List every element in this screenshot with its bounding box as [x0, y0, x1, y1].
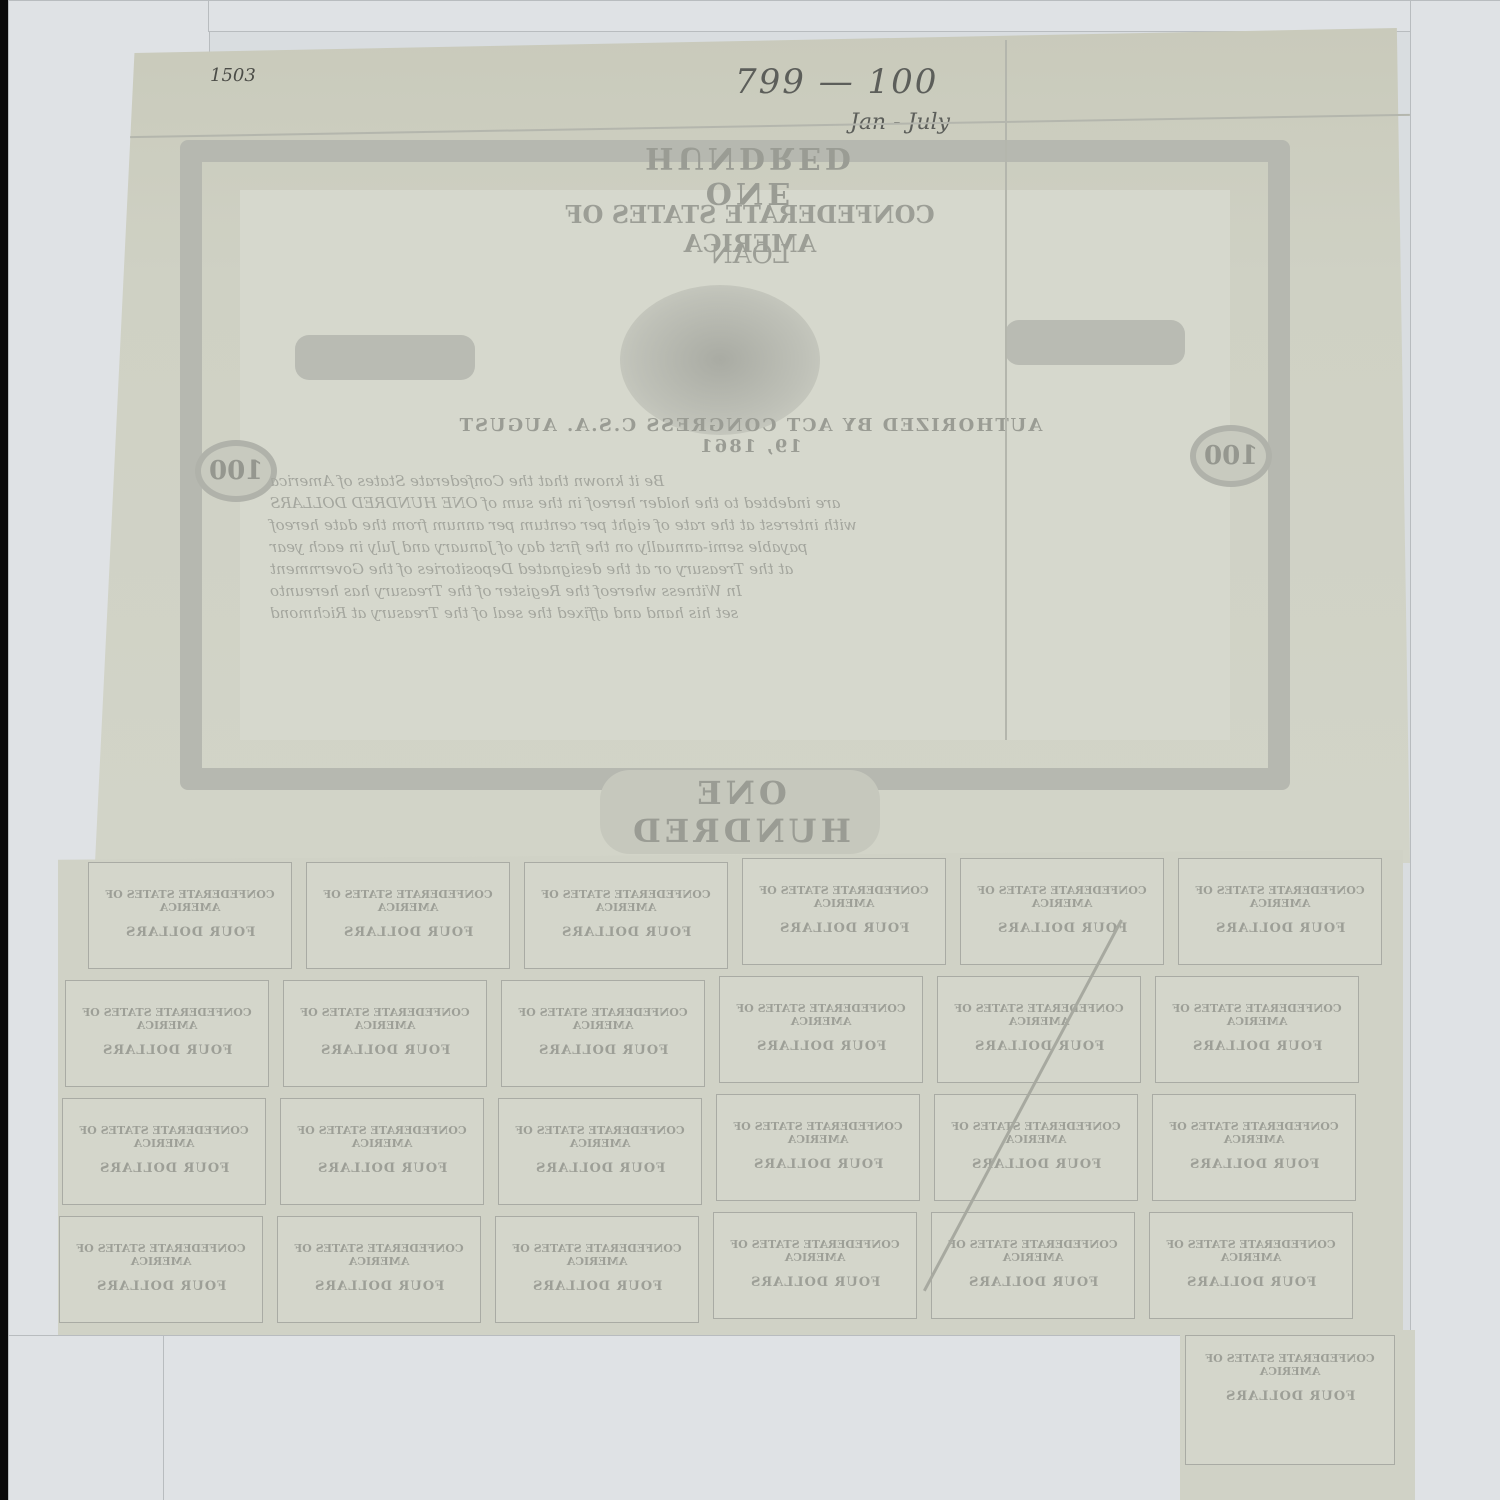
denomination-left-text: 100: [209, 456, 263, 486]
coupon-fine-print: [743, 946, 945, 954]
coupon-title: CONFEDERATE STATES OF AMERICA: [717, 1120, 919, 1146]
bond-subtitle: LOAN: [700, 240, 800, 270]
coupon-fine-print: [278, 1304, 480, 1312]
coupon-title: CONFEDERATE STATES OF AMERICA: [932, 1238, 1134, 1264]
coupon-amount: FOUR DOLLARS: [753, 1157, 883, 1172]
coupon-fine-print: [499, 1186, 701, 1194]
coupon-amount: FOUR DOLLARS: [1215, 921, 1345, 936]
coupon-header: [1156, 987, 1358, 996]
coupon-header: [60, 1227, 262, 1236]
coupon: CONFEDERATE STATES OF AMERICAFOUR DOLLAR…: [1155, 976, 1359, 1083]
coupon-fine-print: [89, 950, 291, 958]
coupon-title: CONFEDERATE STATES OF AMERICA: [714, 1238, 916, 1264]
authorization-text: AUTHORIZED BY ACT CONGRESS C.S.A. AUGUST…: [440, 415, 1060, 457]
coupon-amount: FOUR DOLLARS: [968, 1275, 1098, 1290]
coupon: CONFEDERATE STATES OF AMERICAFOUR DOLLAR…: [934, 1094, 1138, 1201]
coupon-title: CONFEDERATE STATES OF AMERICA: [284, 1006, 486, 1032]
coupon-header: [714, 1223, 916, 1232]
coupon-title: CONFEDERATE STATES OF AMERICA: [1186, 1352, 1394, 1378]
coupon: CONFEDERATE STATES OF AMERICAFOUR DOLLAR…: [65, 980, 269, 1087]
coupon-title: CONFEDERATE STATES OF AMERICA: [938, 1002, 1140, 1028]
coupon-amount: FOUR DOLLARS: [1189, 1157, 1319, 1172]
coupon: CONFEDERATE STATES OF AMERICAFOUR DOLLAR…: [713, 1212, 917, 1319]
coupon-amount: FOUR DOLLARS: [532, 1279, 662, 1294]
coupon-header: [938, 987, 1140, 996]
coupon-fine-print: [1179, 946, 1381, 954]
coupon-fine-print: [66, 1068, 268, 1076]
coupon-stub-item: CONFEDERATE STATES OF AMERICA FOUR DOLLA…: [1185, 1335, 1395, 1465]
coupon-title: CONFEDERATE STATES OF AMERICA: [935, 1120, 1137, 1146]
coupon-header: [63, 1109, 265, 1118]
coupon: CONFEDERATE STATES OF AMERICAFOUR DOLLAR…: [1178, 858, 1382, 965]
coupon: CONFEDERATE STATES OF AMERICAFOUR DOLLAR…: [524, 862, 728, 969]
body-line: Be it known that the Confederate States …: [270, 470, 664, 492]
coupon-amount: FOUR DOLLARS: [997, 921, 1127, 936]
coupon-amount: FOUR DOLLARS: [343, 925, 473, 940]
coupon-title: CONFEDERATE STATES OF AMERICA: [307, 888, 509, 914]
bottom-banner-text: ONE HUNDRED: [600, 774, 880, 850]
coupon-header: [89, 873, 291, 882]
coupon: CONFEDERATE STATES OF AMERICAFOUR DOLLAR…: [88, 862, 292, 969]
coupon-amount: FOUR DOLLARS: [125, 925, 255, 940]
coupon: CONFEDERATE STATES OF AMERICAFOUR DOLLAR…: [62, 1098, 266, 1205]
body-line: In Witness whereof the Register of the T…: [270, 580, 742, 602]
coupon: CONFEDERATE STATES OF AMERICAFOUR DOLLAR…: [306, 862, 510, 969]
coupon-title: CONFEDERATE STATES OF AMERICA: [60, 1242, 262, 1268]
coupon-amount: FOUR DOLLARS: [561, 925, 691, 940]
coupon: CONFEDERATE STATES OF AMERICAFOUR DOLLAR…: [719, 976, 923, 1083]
coupon-header: [502, 991, 704, 1000]
coupon: CONFEDERATE STATES OF AMERICAFOUR DOLLAR…: [716, 1094, 920, 1201]
coupon-fine-print: [63, 1186, 265, 1194]
coupon-title: CONFEDERATE STATES OF AMERICA: [278, 1242, 480, 1268]
coupon-header: [278, 1227, 480, 1236]
coupon-title: CONFEDERATE STATES OF AMERICA: [502, 1006, 704, 1032]
coupon-header: [935, 1105, 1137, 1114]
floor-tile: [1410, 0, 1500, 1500]
bond-center-panel: [240, 190, 1230, 740]
coupon-title: CONFEDERATE STATES OF AMERICA: [720, 1002, 922, 1028]
coupon-title: CONFEDERATE STATES OF AMERICA: [281, 1124, 483, 1150]
coupon-amount: FOUR DOLLARS: [1186, 1275, 1316, 1290]
handwritten-corner-mark: 1503: [210, 65, 256, 86]
coupon-header: [66, 991, 268, 1000]
denomination-medallion-right: 100: [1190, 425, 1272, 487]
coupon-fine-print: [281, 1186, 483, 1194]
coupon-header: [1179, 869, 1381, 878]
coupon-title: CONFEDERATE STATES OF AMERICA: [1153, 1120, 1355, 1146]
coupon: CONFEDERATE STATES OF AMERICAFOUR DOLLAR…: [283, 980, 487, 1087]
coupon-header: [961, 869, 1163, 878]
portrait-vignette-icon: [620, 285, 820, 435]
paper-fold: [1005, 40, 1007, 740]
coupon-fine-print: [502, 1068, 704, 1076]
coupon-fine-print: [284, 1068, 486, 1076]
coupon-amount: FOUR DOLLARS: [538, 1043, 668, 1058]
bond-body-text: Be it known that the Confederate States …: [270, 470, 1050, 624]
coupon-fine-print: [1150, 1300, 1352, 1308]
coupon: CONFEDERATE STATES OF AMERICAFOUR DOLLAR…: [960, 858, 1164, 965]
coupon-fine-print: [496, 1304, 698, 1312]
body-line: set his hand and affixed the seal of the…: [270, 602, 738, 624]
coupon-amount: FOUR DOLLARS: [974, 1039, 1104, 1054]
coupon-title: CONFEDERATE STATES OF AMERICA: [499, 1124, 701, 1150]
coupon: CONFEDERATE STATES OF AMERICAFOUR DOLLAR…: [277, 1216, 481, 1323]
coupon-fine-print: [714, 1300, 916, 1308]
coupon-header: [307, 873, 509, 882]
floor-tile: [8, 1335, 165, 1500]
coupon-fine-print: [525, 950, 727, 958]
coupon-header: [1153, 1105, 1355, 1114]
authorization-line: AUTHORIZED BY ACT CONGRESS C.S.A. AUGUST…: [440, 415, 1060, 457]
coupon: CONFEDERATE STATES OF AMERICAFOUR DOLLAR…: [937, 976, 1141, 1083]
coupon: CONFEDERATE STATES OF AMERICAFOUR DOLLAR…: [1152, 1094, 1356, 1201]
right-cartouche: [1005, 320, 1185, 365]
coupon-fine-print: [932, 1300, 1134, 1308]
handwritten-note: 799 — 100: [735, 62, 938, 102]
coupon-title: CONFEDERATE STATES OF AMERICA: [1150, 1238, 1352, 1264]
coupon-header: [525, 873, 727, 882]
coupon-amount: FOUR DOLLARS: [317, 1161, 447, 1176]
floor-tile: [163, 1335, 1185, 1500]
coupon-fine-print: [307, 950, 509, 958]
denomination-medallion-left: 100: [195, 440, 277, 502]
coupon: CONFEDERATE STATES OF AMERICAFOUR DOLLAR…: [501, 980, 705, 1087]
body-line: with interest at the rate of eight per c…: [270, 514, 857, 536]
coupon: CONFEDERATE STATES OF AMERICAFOUR DOLLAR…: [495, 1216, 699, 1323]
coupon-title: CONFEDERATE STATES OF AMERICA: [1179, 884, 1381, 910]
coupon-amount: FOUR DOLLARS: [314, 1279, 444, 1294]
coupon-amount: FOUR DOLLARS: [779, 921, 909, 936]
coupon-title: CONFEDERATE STATES OF AMERICA: [525, 888, 727, 914]
coupon-header: [743, 869, 945, 878]
photo-left-edge: [0, 0, 8, 1500]
bond-subtitle-text: LOAN: [710, 240, 790, 270]
coupon-title: CONFEDERATE STATES OF AMERICA: [961, 884, 1163, 910]
coupon-fine-print: [717, 1182, 919, 1190]
denomination-right-text: 100: [1204, 441, 1258, 471]
coupon-amount: FOUR DOLLARS: [535, 1161, 665, 1176]
coupon-amount: FOUR DOLLARS: [1225, 1389, 1355, 1404]
coupon-title: CONFEDERATE STATES OF AMERICA: [496, 1242, 698, 1268]
coupon: CONFEDERATE STATES OF AMERICAFOUR DOLLAR…: [931, 1212, 1135, 1319]
body-line: are indebted to the holder hereof in the…: [270, 492, 841, 514]
coupon-fine-print: [961, 946, 1163, 954]
coupon-amount: FOUR DOLLARS: [99, 1161, 229, 1176]
coupon-header: [496, 1227, 698, 1236]
coupon-fine-print: [60, 1304, 262, 1312]
coupon-title: CONFEDERATE STATES OF AMERICA: [63, 1124, 265, 1150]
floor-tile: [208, 0, 1500, 32]
coupon-amount: FOUR DOLLARS: [320, 1043, 450, 1058]
coupon-fine-print: [935, 1182, 1137, 1190]
coupon-fine-print: [1153, 1182, 1355, 1190]
coupon-header: [499, 1109, 701, 1118]
coupon-amount: FOUR DOLLARS: [756, 1039, 886, 1054]
left-cartouche: [295, 335, 475, 380]
coupon: CONFEDERATE STATES OF AMERICAFOUR DOLLAR…: [280, 1098, 484, 1205]
bottom-denomination-banner: ONE HUNDRED: [600, 770, 880, 854]
coupon-header: [720, 987, 922, 996]
coupon-amount: FOUR DOLLARS: [750, 1275, 880, 1290]
coupon-fine-print: [720, 1064, 922, 1072]
coupon-amount: FOUR DOLLARS: [1192, 1039, 1322, 1054]
coupon-header: [1150, 1223, 1352, 1232]
coupon-title: CONFEDERATE STATES OF AMERICA: [1156, 1002, 1358, 1028]
coupon-header: [717, 1105, 919, 1114]
coupon-header: [284, 991, 486, 1000]
coupon-amount: FOUR DOLLARS: [96, 1279, 226, 1294]
coupon-fine-print: [1156, 1064, 1358, 1072]
body-line: at the Treasury or at the designated Dep…: [270, 558, 793, 580]
coupon: CONFEDERATE STATES OF AMERICAFOUR DOLLAR…: [498, 1098, 702, 1205]
coupon-amount: FOUR DOLLARS: [102, 1043, 232, 1058]
body-line: payable semi-annually on the first day o…: [270, 536, 808, 558]
coupon-title: CONFEDERATE STATES OF AMERICA: [66, 1006, 268, 1032]
coupon-header: [281, 1109, 483, 1118]
coupon: CONFEDERATE STATES OF AMERICAFOUR DOLLAR…: [1149, 1212, 1353, 1319]
coupon: CONFEDERATE STATES OF AMERICAFOUR DOLLAR…: [59, 1216, 263, 1323]
coupon: CONFEDERATE STATES OF AMERICAFOUR DOLLAR…: [742, 858, 946, 965]
coupon-title: CONFEDERATE STATES OF AMERICA: [89, 888, 291, 914]
coupon-title: CONFEDERATE STATES OF AMERICA: [743, 884, 945, 910]
coupon-header: [932, 1223, 1134, 1232]
